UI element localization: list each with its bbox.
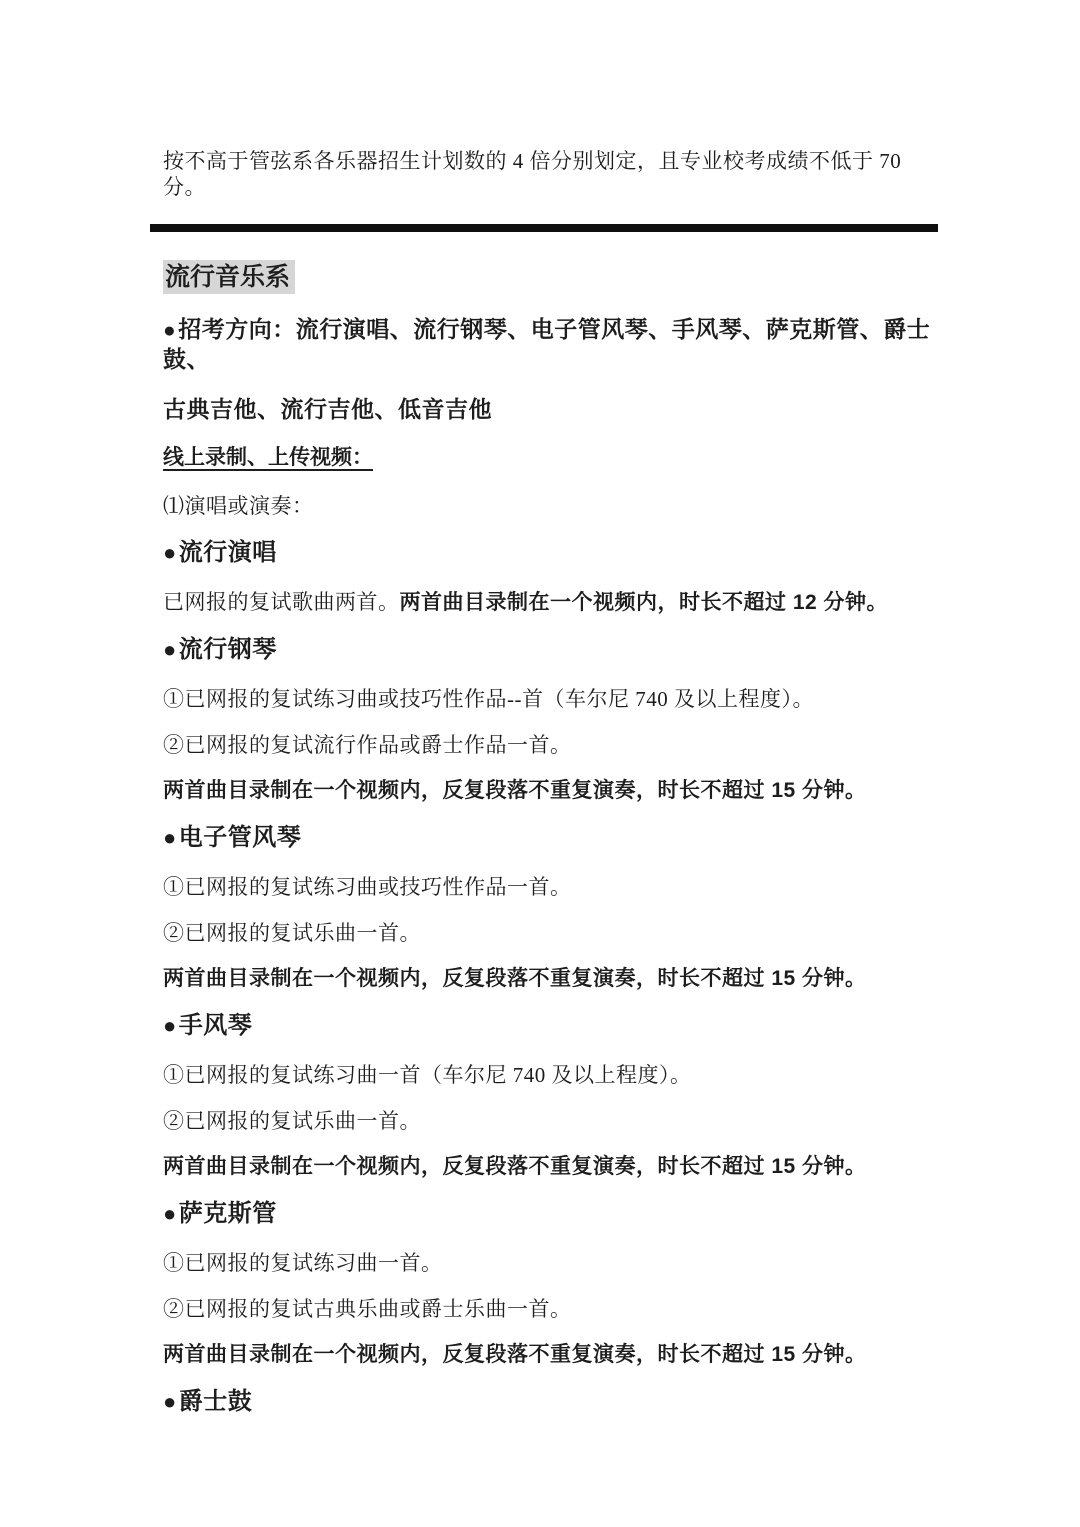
admission-directions-line2: 古典吉他、流行吉他、低音吉他 — [163, 395, 940, 423]
note-paragraph: 两首曲目录制在一个视频内，反复段落不重复演奏，时长不超过 15 分钟。 — [163, 1342, 940, 1368]
requirement-bold-text: 两首曲目录制在一个视频内，时长不超过 12 分钟。 — [400, 591, 889, 614]
requirement-item: ②已网报的复试乐曲一首。 — [163, 920, 940, 946]
note-paragraph: 两首曲目录制在一个视频内，反复段落不重复演奏，时长不超过 15 分钟。 — [163, 1154, 940, 1180]
intro-paragraph: 按不高于管弦系各乐器招生计划数的 4 倍分别划定，且专业校考成绩不低于 70 分… — [163, 148, 940, 200]
admission-directions-text1: 招考方向：流行演唱、流行钢琴、电子管风琴、手风琴、萨克斯管、爵士鼓、 — [163, 316, 930, 372]
upload-heading-text: 线上录制、上传视频： — [163, 446, 373, 469]
admission-directions-text2: 古典吉他、流行吉他、低音吉他 — [163, 396, 492, 422]
requirement-paragraph: 已网报的复试歌曲两首。两首曲目录制在一个视频内，时长不超过 12 分钟。 — [163, 589, 940, 616]
requirement-item: ②已网报的复试乐曲一首。 — [163, 1108, 940, 1134]
section-title-pop-vocal: ●流行演唱 — [163, 539, 940, 567]
section-title-text: 手风琴 — [179, 1012, 253, 1039]
upload-heading: 线上录制、上传视频： — [163, 445, 940, 471]
note-paragraph: 两首曲目录制在一个视频内，反复段落不重复演奏，时长不超过 15 分钟。 — [163, 778, 940, 804]
step-label: ⑴演唱或演奏： — [163, 493, 940, 519]
document-page: 按不高于管弦系各乐器招生计划数的 4 倍分别划定，且专业校考成绩不低于 70 分… — [0, 0, 1080, 1527]
section-title-text: 爵士鼓 — [179, 1388, 253, 1415]
admission-directions-line1: ●招考方向：流行演唱、流行钢琴、电子管风琴、手风琴、萨克斯管、爵士鼓、 — [163, 315, 940, 373]
section-title-text: 流行钢琴 — [179, 636, 277, 663]
bullet-icon: ● — [163, 540, 177, 565]
requirement-item: ①已网报的复试练习曲或技巧性作品--首（车尔尼 740 及以上程度）。 — [163, 686, 940, 712]
requirement-item: ①已网报的复试练习曲或技巧性作品一首。 — [163, 874, 940, 900]
bullet-icon: ● — [163, 825, 177, 850]
section-title-electronic-organ: ●电子管风琴 — [163, 824, 940, 852]
section-divider — [150, 224, 938, 232]
bullet-icon: ● — [163, 637, 177, 662]
department-heading: 流行音乐系 — [163, 262, 940, 293]
section-title-accordion: ●手风琴 — [163, 1012, 940, 1040]
requirement-item: ②已网报的复试古典乐曲或爵士乐曲一首。 — [163, 1296, 940, 1322]
section-title-jazz-drums: ●爵士鼓 — [163, 1388, 940, 1416]
department-title: 流行音乐系 — [163, 260, 295, 294]
section-title-text: 流行演唱 — [179, 539, 277, 566]
section-title-pop-piano: ●流行钢琴 — [163, 636, 940, 664]
bullet-icon: ● — [163, 1201, 177, 1226]
requirement-item: ①已网报的复试练习曲一首。 — [163, 1250, 940, 1276]
section-title-saxophone: ●萨克斯管 — [163, 1200, 940, 1228]
section-title-text: 萨克斯管 — [179, 1200, 277, 1227]
bullet-icon: ● — [163, 319, 176, 342]
note-paragraph: 两首曲目录制在一个视频内，反复段落不重复演奏，时长不超过 15 分钟。 — [163, 966, 940, 992]
requirement-normal-text: 已网报的复试歌曲两首。 — [163, 590, 400, 614]
requirement-item: ②已网报的复试流行作品或爵士作品一首。 — [163, 732, 940, 758]
bullet-icon: ● — [163, 1389, 177, 1414]
requirement-item: ①已网报的复试练习曲一首（车尔尼 740 及以上程度）。 — [163, 1062, 940, 1088]
section-title-text: 电子管风琴 — [179, 824, 302, 851]
bullet-icon: ● — [163, 1013, 177, 1038]
